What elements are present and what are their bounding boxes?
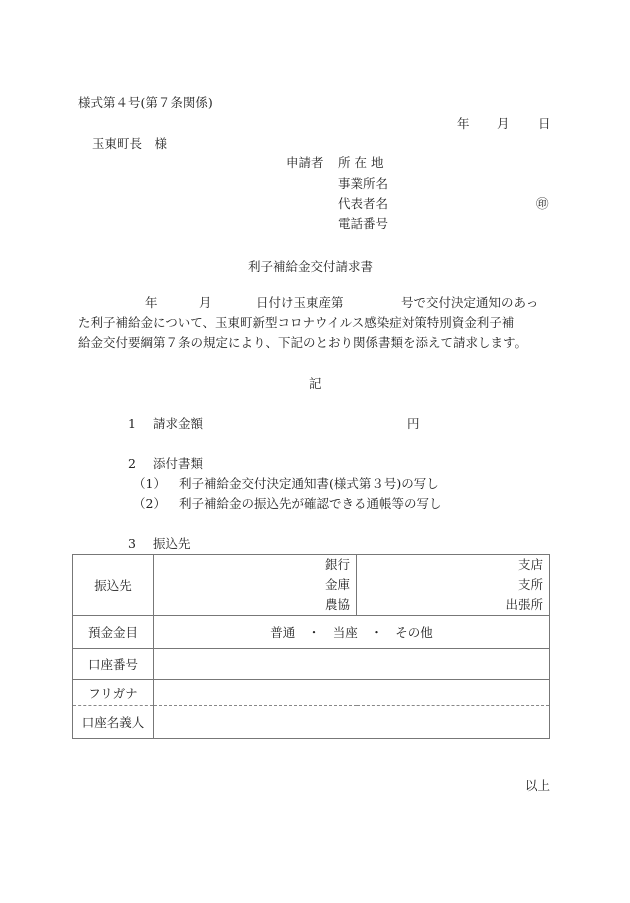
item2-sub2-text: 利子補給金の振込先が確認できる通帳等の写し bbox=[179, 498, 442, 511]
item2-sub1-number: （1） bbox=[133, 478, 166, 491]
date-month-label: 月 bbox=[497, 118, 510, 131]
bank-name-cell[interactable]: 銀行 金庫 農協 bbox=[154, 555, 357, 616]
furigana-field[interactable] bbox=[154, 680, 550, 706]
item2-sub1-text: 利子補給金交付決定通知書(様式第３号)の写し bbox=[179, 478, 439, 491]
item3-label: 振込先 bbox=[153, 538, 191, 551]
field-phone-label: 電話番号 bbox=[338, 218, 388, 231]
account-number-label: 口座番号 bbox=[73, 649, 154, 680]
institution-bank: 銀行 bbox=[154, 555, 356, 575]
row-account-holder: 口座名義人 bbox=[73, 706, 550, 739]
date-year-label: 年 bbox=[457, 118, 470, 131]
row-account-number: 口座番号 bbox=[73, 649, 550, 680]
item3-number: 3 bbox=[128, 538, 136, 551]
institution-shinkin: 金庫 bbox=[154, 575, 356, 595]
account-type-options[interactable]: 普通 ・ 当座 ・ その他 bbox=[154, 616, 550, 649]
row-bank: 振込先 銀行 金庫 農協 支店 支所 出張所 bbox=[73, 555, 550, 616]
branch-shuchojo: 出張所 bbox=[357, 595, 549, 615]
body-line1-tail: 号で交付決定通知のあっ bbox=[401, 297, 538, 310]
closing-ijou: 以上 bbox=[525, 780, 550, 793]
item2-sub2-number: （2） bbox=[133, 498, 166, 511]
form-number: 様式第４号(第７条関係) bbox=[78, 97, 213, 110]
item1-number: 1 bbox=[128, 418, 136, 431]
institution-ja: 農協 bbox=[154, 595, 356, 615]
addressee: 玉東町長 様 bbox=[92, 138, 167, 151]
document-title: 利子補給金交付請求書 bbox=[248, 261, 373, 274]
item2-number: 2 bbox=[128, 458, 136, 471]
field-address-label: 所 在 地 bbox=[338, 157, 383, 170]
date-day-label: 日 bbox=[538, 118, 551, 131]
furigana-label: フリガナ bbox=[73, 680, 154, 706]
branch-name-cell[interactable]: 支店 支所 出張所 bbox=[357, 555, 550, 616]
body-date-ref: 日付け玉東産第 bbox=[256, 297, 344, 310]
body-month: 月 bbox=[199, 297, 212, 310]
ki-label: 記 bbox=[309, 378, 322, 391]
body-line3: 給金交付要綱第７条の規定により、下記のとおり関係書類を添えて請求します。 bbox=[78, 333, 553, 353]
row-account-type: 預金金目 普通 ・ 当座 ・ その他 bbox=[73, 616, 550, 649]
body-paragraph: 年 月 日付け玉東産第 号で交付決定通知のあっ た利子補給金について、玉東町新型… bbox=[78, 293, 553, 353]
account-holder-label: 口座名義人 bbox=[73, 706, 154, 739]
body-year: 年 bbox=[145, 297, 158, 310]
body-line2: た利子補給金について、玉東町新型コロナウイルス感染症対策特別資金利子補 bbox=[78, 313, 553, 333]
field-business-name-label: 事業所名 bbox=[338, 178, 388, 191]
account-holder-field[interactable] bbox=[154, 706, 550, 739]
row-furigana: フリガナ bbox=[73, 680, 550, 706]
bank-transfer-table: 振込先 銀行 金庫 農協 支店 支所 出張所 預金金目 普通 ・ 当座 ・ その… bbox=[72, 554, 550, 739]
bank-label: 振込先 bbox=[73, 555, 154, 616]
item1-unit: 円 bbox=[407, 418, 420, 431]
branch-shisho: 支所 bbox=[357, 575, 549, 595]
account-type-label: 預金金目 bbox=[73, 616, 154, 649]
field-representative-label: 代表者名 bbox=[338, 198, 388, 211]
seal-icon: ㊞ bbox=[536, 198, 549, 211]
account-number-field[interactable] bbox=[154, 649, 550, 680]
item1-label: 請求金額 bbox=[153, 418, 203, 431]
branch-shiten: 支店 bbox=[357, 555, 549, 575]
item2-label: 添付書類 bbox=[153, 458, 203, 471]
applicant-label: 申請者 bbox=[286, 157, 324, 170]
